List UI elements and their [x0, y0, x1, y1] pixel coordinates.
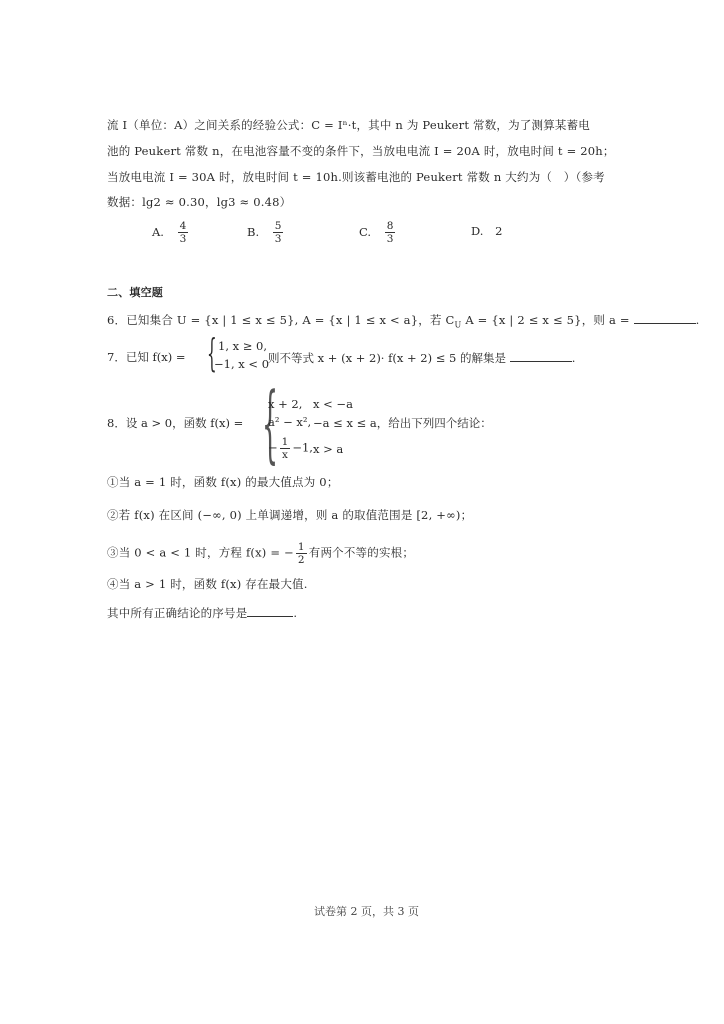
q7-prefix: 7．已知 f(x) = [107, 349, 185, 365]
numerator: 5 [273, 220, 284, 233]
conclusion-end: . [293, 606, 297, 620]
denominator: 3 [178, 233, 189, 245]
q8-case-3-tail: −1, [292, 441, 313, 455]
choice-d: D. 2 [471, 224, 502, 238]
section-title: 二、填空题 [107, 285, 163, 301]
exam-page: 流 I（单位：A）之间关系的经验公式：C = Iⁿ·t，其中 n 为 Peuke… [0, 0, 724, 1024]
q7-case-1: 1, x ≥ 0, [218, 339, 267, 353]
choice-b-fraction: 5 3 [273, 220, 284, 245]
statement-3-fraction: 12 [296, 541, 307, 566]
statement-3-text: ③当 0 < a < 1 时，方程 f(x) = − [107, 546, 294, 560]
choice-c: C. 8 3 [359, 220, 397, 245]
q6-text-2: A = {x | 2 ≤ x ≤ 5}，则 a = [461, 313, 633, 327]
q7-answer-blank[interactable] [510, 349, 572, 362]
page-footer: 试卷第 2 页，共 3 页 [314, 903, 419, 919]
statement-3-tail: 有两个不等的实根； [309, 546, 414, 560]
q7-end: . [572, 351, 576, 365]
statement-2: ②若 f(x) 在区间 (−∞, 0) 上单调递增，则 a 的取值范围是 [2,… [107, 507, 472, 523]
denominator: x [280, 449, 291, 461]
q8-case-2-cond: −a ≤ x ≤ a，给出下列四个结论： [313, 415, 492, 431]
q7-case-2: −1, x < 0 [214, 357, 269, 371]
numerator: 1 [280, 436, 291, 449]
choice-d-value: 2 [495, 224, 502, 238]
choice-c-label: C. [359, 225, 371, 239]
q5-line-2: 池的 Peukert 常数 n，在电池容量不变的条件下，当放电电流 I = 20… [107, 143, 615, 159]
q8-case-1-cond: x < −a [313, 397, 353, 411]
q8-answer-blank[interactable] [247, 604, 293, 617]
choice-a: A. 4 3 [152, 220, 190, 245]
q8-conclusion: 其中所有正确结论的序号是. [107, 604, 297, 621]
q8-case-3-cond: x > a [313, 442, 343, 456]
q7-suffix: 则不等式 x + (x + 2)· f(x + 2) ≤ 5 的解集是 . [268, 349, 575, 366]
q5-line-3: 当放电电流 I = 30A 时，放电时间 t = 10h.则该蓄电池的 Peuk… [107, 169, 605, 185]
q6-text: 6．已知集合 U = {x | 1 ≤ x ≤ 5}, A = {x | 1 ≤… [107, 313, 455, 327]
denominator: 3 [273, 233, 284, 245]
choice-a-fraction: 4 3 [178, 220, 189, 245]
q5-line-1: 流 I（单位：A）之间关系的经验公式：C = Iⁿ·t，其中 n 为 Peuke… [107, 117, 590, 133]
numerator: 4 [178, 220, 189, 233]
q8-case-3-expr: −1x−1, [268, 436, 313, 461]
denominator: 3 [385, 233, 396, 245]
statement-4: ④当 a > 1 时，函数 f(x) 存在最大值. [107, 576, 308, 592]
statement-1: ①当 a = 1 时，函数 f(x) 的最大值点为 0； [107, 474, 339, 490]
choice-d-label: D. [471, 224, 483, 238]
q8-case-1-expr: x + 2, [268, 397, 302, 411]
numerator: 8 [385, 220, 396, 233]
choice-a-label: A. [152, 225, 164, 239]
question-6: 6．已知集合 U = {x | 1 ≤ x ≤ 5}, A = {x | 1 ≤… [107, 311, 699, 333]
q8-prefix: 8．设 a > 0，函数 f(x) = [107, 415, 243, 431]
q6-answer-blank[interactable] [634, 311, 696, 324]
numerator: 1 [296, 541, 307, 554]
q6-end: . [696, 313, 700, 327]
q5-line-4: 数据：lg2 ≈ 0.30，lg3 ≈ 0.48） [107, 194, 291, 210]
statement-3: ③当 0 < a < 1 时，方程 f(x) = −12有两个不等的实根； [107, 541, 414, 566]
q7-suffix-text: 则不等式 x + (x + 2)· f(x + 2) ≤ 5 的解集是 [268, 351, 506, 365]
minus: − [268, 441, 278, 455]
denominator: 2 [296, 554, 307, 566]
choice-b-label: B. [247, 225, 259, 239]
choice-c-fraction: 8 3 [385, 220, 396, 245]
q8-case-2-expr: a² − x², [268, 415, 311, 429]
q8-case-3-fraction: 1x [280, 436, 291, 461]
choice-b: B. 5 3 [247, 220, 285, 245]
conclusion-text: 其中所有正确结论的序号是 [107, 606, 247, 620]
